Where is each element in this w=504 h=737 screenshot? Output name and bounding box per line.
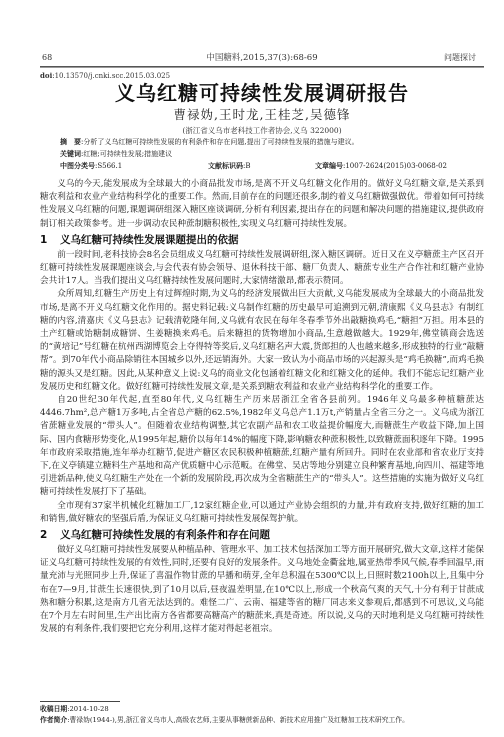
clc-value: :S566.1 <box>95 162 122 170</box>
affiliation: (浙江省义乌市老科技工作者协会,义乌 322000) <box>40 125 484 137</box>
keywords-text: :红糖;可持续性发展;措施建议 <box>81 150 172 158</box>
abstract-label: 摘 要 <box>60 138 81 146</box>
author-bio: 作者简介:曹禄妫(1944-),男,浙江省义乌市人,高级农艺师,主要从事糖蔗新品… <box>40 715 409 726</box>
keywords-label: 关键词 <box>60 150 81 158</box>
received-label: 收稿日期 <box>40 705 67 713</box>
article-number: 文章编号:1007-2624(2015)03-0068-02 <box>315 161 447 172</box>
header-rule <box>40 66 484 68</box>
section-1-paragraph: 自20世纪30年代起,直至80年代,义乌红糖生产历来居浙江全省各县前列。1946… <box>40 394 484 500</box>
journal-citation: 中国糖料,2015,37(3):68-69 <box>40 51 484 65</box>
received-date: 收稿日期:2014-10-28 <box>40 704 109 715</box>
article-no-label: 文章编号 <box>315 162 343 170</box>
received-value: :2014-10-28 <box>67 705 108 713</box>
article-no-value: :1007-2624(2015)03-0068-02 <box>343 162 447 170</box>
section-label: 问题探讨 <box>444 51 476 65</box>
section-1-paragraph: 前一段时间,老科技协会8名会员组成义乌红糖可持续性发展调研组,深入糖区调研。近日… <box>40 249 484 289</box>
authors: 曹禄妫,王时龙,王桂芝,吴德锋 <box>40 106 484 124</box>
document-code: 文献标识码:B <box>208 161 251 172</box>
article-title: 义乌红糖可持续性发展调研报告 <box>40 80 484 106</box>
abstract-text: :分析了义乌红糖可持续性发展的有利条件和存在问题,提出了可持续性发展的措施与建议… <box>81 138 359 146</box>
clc-code: 中图分类号:S566.1 <box>60 161 122 172</box>
clc-label: 中图分类号 <box>60 162 95 170</box>
author-bio-value: :曹禄妫(1944-),男,浙江省义乌市人,高级农艺师,主要从事糖蔗新品种、新技… <box>67 716 409 724</box>
running-header: 68 中国糖料,2015,37(3):68-69 问题探讨 <box>40 51 484 65</box>
doc-code-value: :B <box>243 162 251 170</box>
doi-line: doi:10.13570/j.cnki.scc.2015.03.025 <box>40 71 170 80</box>
section-2-number: 2 <box>40 527 60 543</box>
section-1-number: 1 <box>40 232 60 248</box>
section-2-paragraph: 做好义乌红糖可持续性发展要从种植品种、管理水平、加工技术包括深加工等方面开展研究… <box>40 544 484 636</box>
footnote-rule <box>40 701 120 702</box>
article-body: 义乌的今天,能发展成为全球最大的小商品批发市场,是离不开义乌红糖文化作用的。做好… <box>40 178 484 637</box>
abstract: 摘 要:分析了义乌红糖可持续性发展的有利条件和存在问题,提出了可持续性发展的措施… <box>60 137 359 148</box>
author-bio-label: 作者简介 <box>40 716 67 724</box>
doc-code-label: 文献标识码 <box>208 162 243 170</box>
doi-value[interactable]: :10.13570/j.cnki.scc.2015.03.025 <box>52 72 170 80</box>
section-1-heading: 1义乌红糖可持续性发展课题提出的依据 <box>40 232 484 248</box>
section-1-paragraph: 众所周知,红糖生产历史上有过辉煌时期,为义乌的经济发展做出巨大贡献,义乌能发展成… <box>40 288 484 394</box>
intro-paragraph: 义乌的今天,能发展成为全球最大的小商品批发市场,是离不开义乌红糖文化作用的。做好… <box>40 178 484 231</box>
doi-label: doi <box>40 71 52 80</box>
section-1-paragraph: 全市现有37家半机械化红糖加工厂,12家红糖企业,可以通过产业协会组织的力量,并… <box>40 500 484 526</box>
section-2-title: 义乌红糖可持续性发展的有利条件和存在问题 <box>60 529 270 541</box>
section-2-heading: 2义乌红糖可持续性发展的有利条件和存在问题 <box>40 527 484 543</box>
keywords: 关键词:红糖;可持续性发展;措施建议 <box>60 149 172 160</box>
section-1-title: 义乌红糖可持续性发展课题提出的依据 <box>60 234 239 246</box>
